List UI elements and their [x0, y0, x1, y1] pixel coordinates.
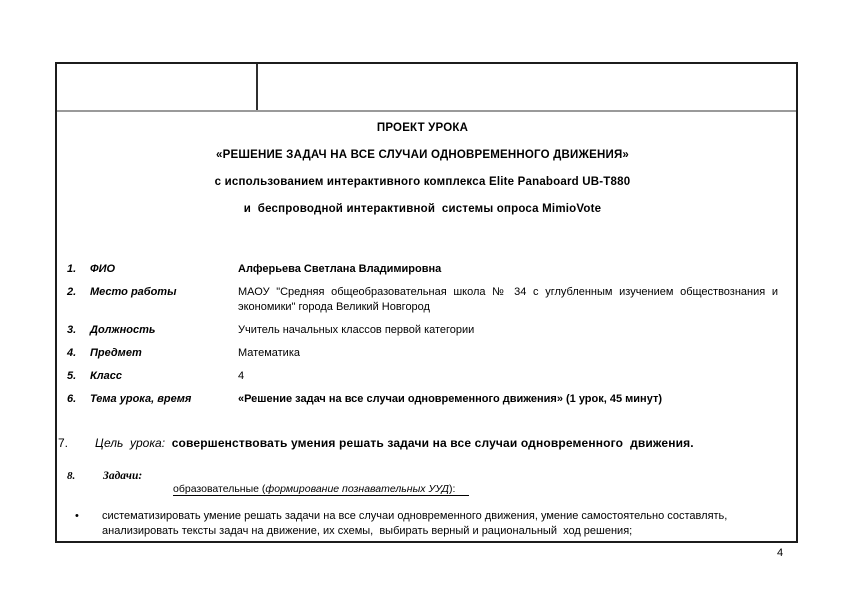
teacher-info-list: 1. ФИО Алферьева Светлана Владимировна 2…	[67, 262, 778, 407]
goal-label: Цель урока:	[95, 435, 172, 451]
document-title-block: ПРОЕКТ УРОКА «РЕШЕНИЕ ЗАДАЧ НА ВСЕ СЛУЧА…	[67, 122, 778, 216]
lesson-tasks-row: 8. Задачи:	[67, 470, 778, 483]
tasks-label: Задачи:	[103, 470, 142, 483]
page-number: 4	[777, 547, 783, 560]
title-line-project: ПРОЕКТ УРОКА	[67, 122, 778, 135]
bullet-text: систематизировать умение решать задачи н…	[102, 509, 778, 539]
row-label: Предмет	[90, 346, 238, 361]
row-value: «Решение задач на все случаи одновременн…	[238, 392, 778, 407]
subheading-suffix: ):	[449, 483, 455, 495]
info-row-lesson-topic-time: 6. Тема урока, время «Решение задач на в…	[67, 392, 778, 407]
row-label: Место работы	[90, 285, 238, 315]
row-label: Должность	[90, 323, 238, 338]
row-number: 7.	[58, 435, 95, 451]
info-row-grade: 5. Класс 4	[67, 369, 778, 384]
row-number: 3.	[67, 323, 90, 338]
row-label: ФИО	[90, 262, 238, 277]
row-value: 4	[238, 369, 778, 384]
goal-text: совершенствовать умения решать задачи на…	[172, 435, 694, 451]
title-line-topic: «РЕШЕНИЕ ЗАДАЧ НА ВСЕ СЛУЧАИ ОДНОВРЕМЕНН…	[67, 149, 778, 162]
table-header-cell-right	[258, 64, 796, 110]
tasks-subheading-educational: образовательные (формирование познавател…	[173, 483, 778, 496]
row-label: Тема урока, время	[90, 392, 238, 407]
lesson-goal-row: 7. Цель урока: совершенствовать умения р…	[58, 435, 778, 451]
lesson-project-table: ПРОЕКТ УРОКА «РЕШЕНИЕ ЗАДАЧ НА ВСЕ СЛУЧА…	[55, 62, 798, 543]
info-row-subject: 4. Предмет Математика	[67, 346, 778, 361]
subheading-italic-part: формирование познавательных УУД	[265, 483, 449, 495]
row-value: Математика	[238, 346, 778, 361]
table-header-row	[57, 64, 796, 112]
info-row-workplace: 2. Место работы МАОУ "Средняя общеобразо…	[67, 285, 778, 315]
subheading-prefix: образовательные (	[173, 483, 265, 495]
row-value: Учитель начальных классов первой категор…	[238, 323, 778, 338]
row-label: Класс	[90, 369, 238, 384]
info-row-fio: 1. ФИО Алферьева Светлана Владимировна	[67, 262, 778, 277]
row-value: МАОУ "Средняя общеобразовательная школа …	[238, 285, 778, 315]
info-row-position: 3. Должность Учитель начальных классов п…	[67, 323, 778, 338]
row-number: 2.	[67, 285, 90, 315]
bullet-icon: •	[67, 509, 102, 539]
table-main-cell: ПРОЕКТ УРОКА «РЕШЕНИЕ ЗАДАЧ НА ВСЕ СЛУЧА…	[57, 112, 796, 539]
row-number: 5.	[67, 369, 90, 384]
row-number: 4.	[67, 346, 90, 361]
row-number: 6.	[67, 392, 90, 407]
tasks-bullet-list: • систематизировать умение решать задачи…	[67, 509, 778, 539]
row-number: 1.	[67, 262, 90, 277]
underlined-subheading: образовательные (формирование познавател…	[173, 483, 469, 496]
row-number: 8.	[67, 470, 103, 483]
table-header-cell-left	[57, 64, 258, 110]
row-value: Алферьева Светлана Владимировна	[238, 262, 778, 277]
title-line-voting-system: и беспроводной интерактивной системы опр…	[67, 203, 778, 216]
list-item: • систематизировать умение решать задачи…	[67, 509, 778, 539]
title-line-equipment: с использованием интерактивного комплекс…	[67, 176, 778, 189]
